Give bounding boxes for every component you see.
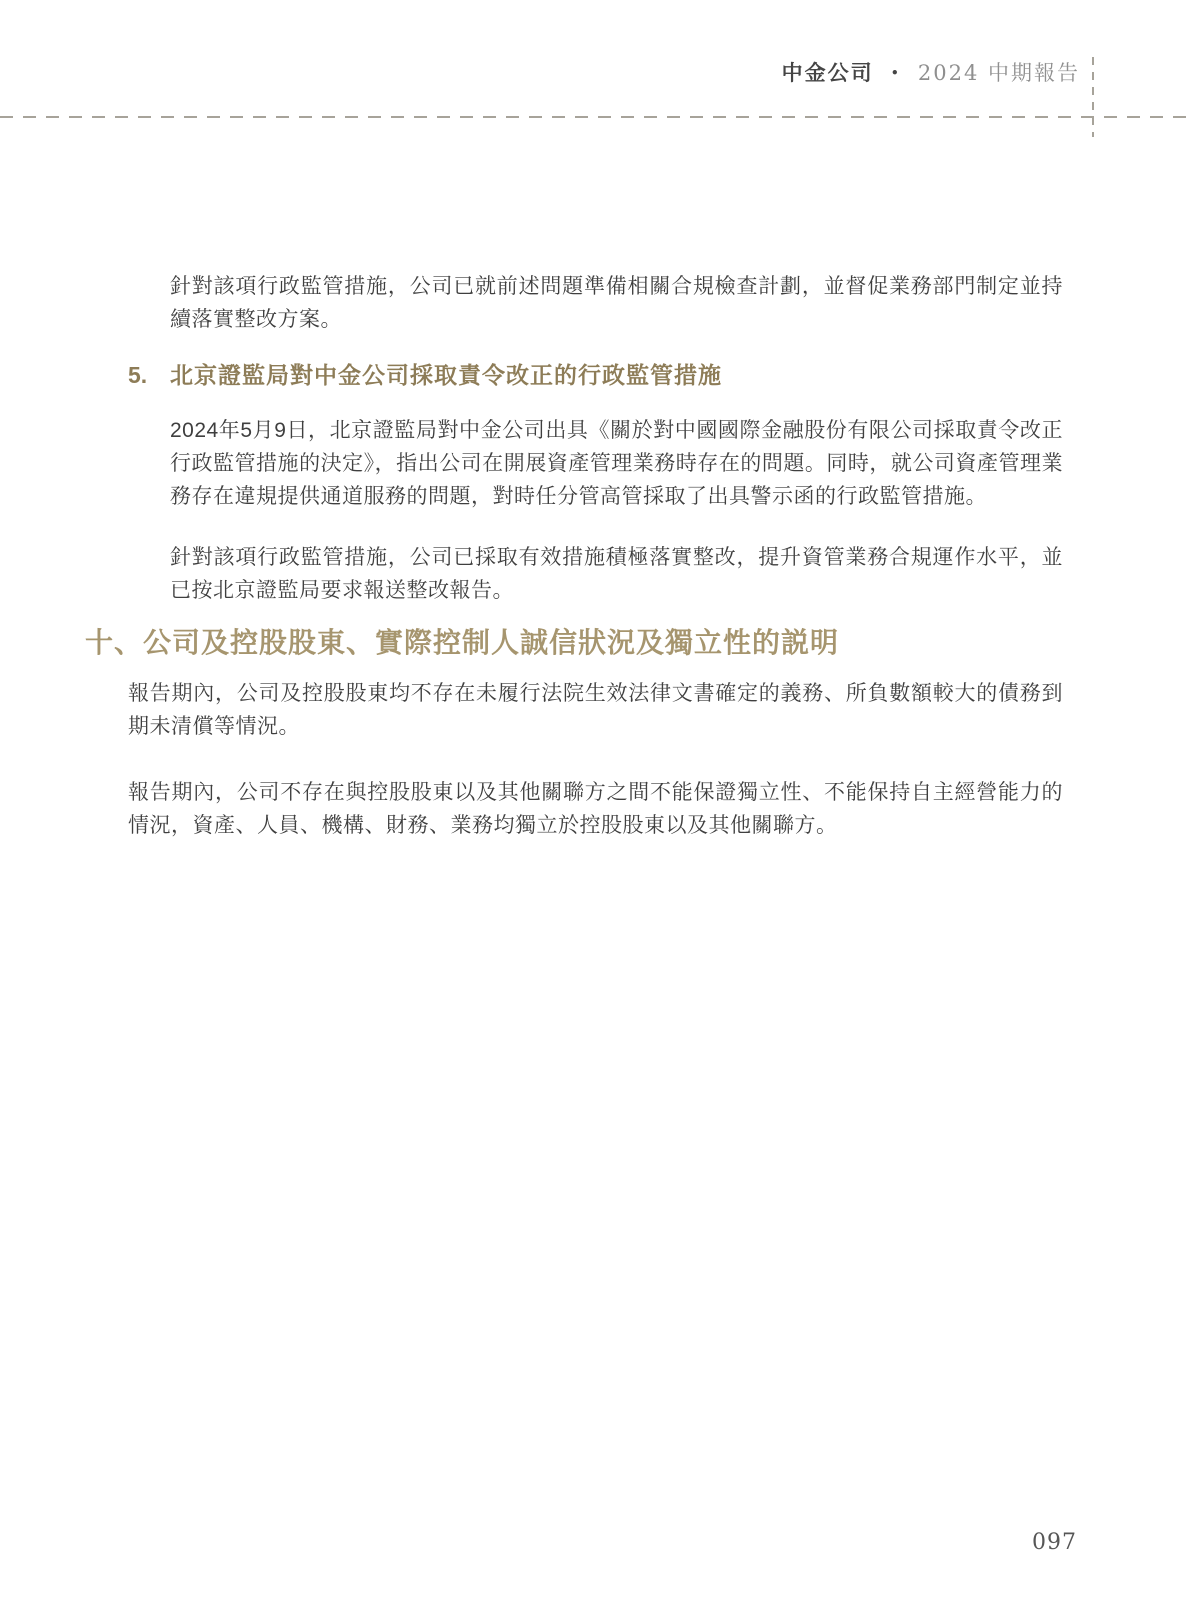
section10-paragraph-2: 報告期內，公司不存在與控股股東以及其他關聯方之間不能保證獨立性、不能保持自主經營…	[128, 776, 1063, 842]
intro-paragraph: 針對該項行政監管措施，公司已就前述問題準備相關合規檢查計劃，並督促業務部門制定並…	[170, 270, 1063, 336]
section10-paragraph-1: 報告期內，公司及控股股東均不存在未履行法院生效法律文書確定的義務、所負數額較大的…	[128, 677, 1063, 743]
section5-number: 5.	[128, 358, 170, 392]
page-number: 097	[1032, 1530, 1077, 1555]
document-body: 針對該項行政監管措施，公司已就前述問題準備相關合規檢查計劃，並督促業務部門制定並…	[0, 0, 1190, 842]
section5-heading: 5. 北京證監局對中金公司採取責令改正的行政監管措施	[0, 358, 1190, 392]
section10-heading: 十、公司及控股股東、實際控制人誠信狀況及獨立性的説明	[85, 623, 1105, 663]
section5-paragraph-2: 針對該項行政監管措施，公司已採取有效措施積極落實整改，提升資管業務合規運作水平，…	[170, 541, 1063, 607]
section5-title: 北京證監局對中金公司採取責令改正的行政監管措施	[170, 358, 722, 392]
report-page: 中金公司 • 2024 中期報告 針對該項行政監管措施，公司已就前述問題準備相關…	[0, 0, 1190, 1615]
section5-paragraph-1: 2024年5月9日，北京證監局對中金公司出具《關於對中國國際金融股份有限公司採取…	[170, 414, 1063, 513]
